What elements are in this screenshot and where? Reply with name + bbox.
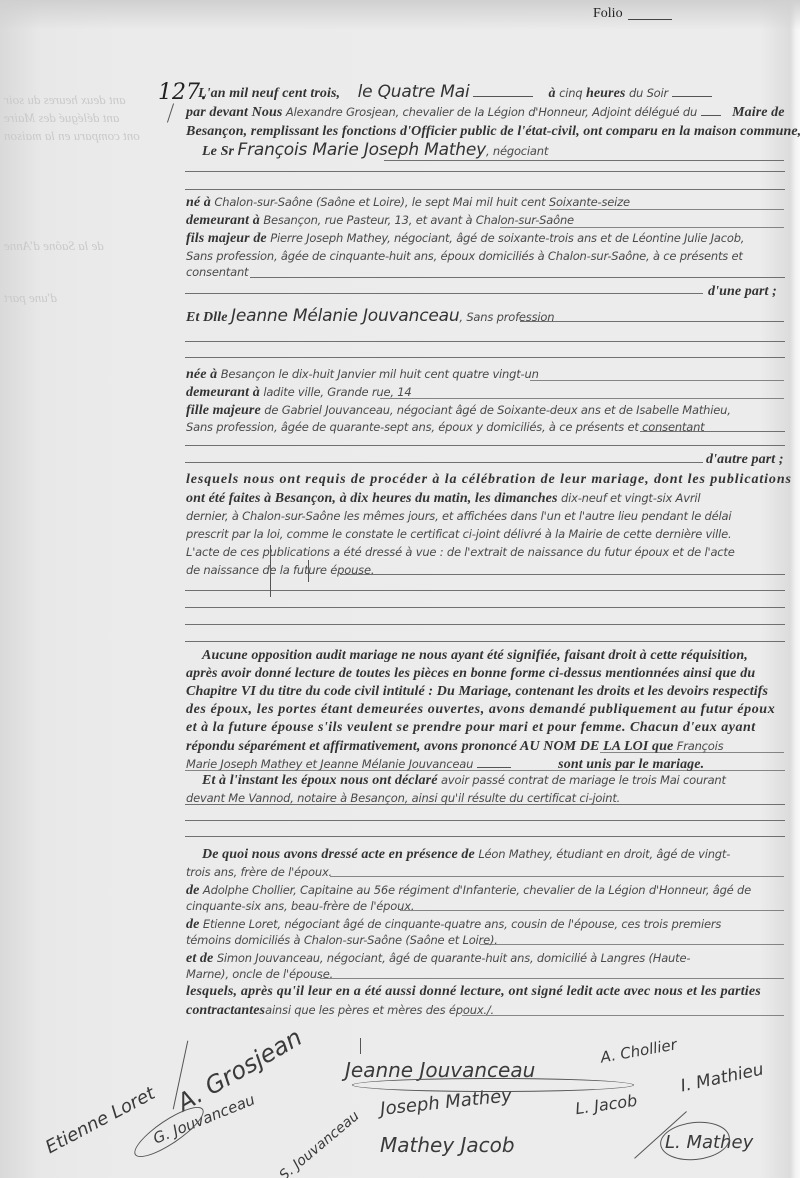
bleed-through-text: ont comparu en la maison xyxy=(4,128,140,144)
ruled-line xyxy=(530,380,784,381)
ruled-line xyxy=(520,321,784,322)
pen-stroke xyxy=(270,545,271,597)
pen-stroke xyxy=(360,1038,361,1054)
ceremony-line-1: Aucune opposition audit mariage ne nous … xyxy=(202,648,748,664)
bleed-through-text: de la Saône d'Anne xyxy=(4,238,104,254)
ruled-line xyxy=(320,978,784,979)
signature: Mathey Jacob xyxy=(380,1133,515,1157)
witness-3-line-2: témoins domiciliés à Chalon-sur-Saône (S… xyxy=(186,932,498,949)
witness-4-line-1: et de Simon Jouvanceau, négociant, âgé d… xyxy=(186,950,690,967)
witness-2-line-1: de Adolphe Chollier, Capitaine au 56e ré… xyxy=(186,882,751,899)
bleed-through-text: ant deux heures du soir xyxy=(4,92,126,108)
ceremony-line-3: Chapitre VI du titre du code civil intit… xyxy=(186,684,768,700)
witness-4-line-2: Marne), oncle de l'épouse. xyxy=(186,966,333,983)
ruled-line xyxy=(185,590,785,591)
ruled-line xyxy=(185,820,785,821)
bride-residence-line: demeurant à ladite ville, Grande rue, 14 xyxy=(186,384,412,401)
ruled-line xyxy=(600,752,784,753)
ruled-line xyxy=(185,462,703,463)
folio-label: Folio xyxy=(593,6,623,22)
signature: L. Jacob xyxy=(574,1091,638,1118)
ruled-line xyxy=(500,227,784,228)
groom-parents-line-2: Sans profession, âgée de cinquante-huit … xyxy=(186,248,743,265)
bleed-through-text: ant délégué des Maire xyxy=(4,110,119,126)
closing-line-1: lesquels, après qu'il leur en a été auss… xyxy=(186,984,761,1000)
ruled-line xyxy=(380,398,784,399)
ruled-line xyxy=(185,770,785,771)
witness-intro-line: De quoi nous avons dressé acte en présen… xyxy=(202,846,730,863)
signature: S. Jouvanceau xyxy=(276,1108,362,1178)
ceremony-line-4: des époux, les portes étant demeurées ou… xyxy=(186,702,775,718)
ruled-line xyxy=(185,341,785,342)
folio-blank xyxy=(628,19,672,20)
ceremony-line-8: Et à l'instant les époux nous ont déclar… xyxy=(202,772,726,789)
groom-part-label: d'une part ; xyxy=(708,284,777,300)
bleed-through-text: d'une part xyxy=(4,290,57,306)
publications-line-3: dernier, à Chalon-sur-Saône les mêmes jo… xyxy=(186,508,731,525)
publications-line-6: de naissance de la future épouse. xyxy=(186,562,374,579)
ruled-line xyxy=(340,574,785,575)
ruled-line xyxy=(185,804,785,805)
ruled-line xyxy=(640,431,785,432)
margin-stroke xyxy=(167,103,174,122)
witness-1-line-2: trois ans, frère de l'époux. xyxy=(186,864,332,881)
ruled-line xyxy=(384,160,784,161)
ruled-line xyxy=(185,624,785,625)
header-line-2: par devant Nous Alexandre Grosjean, chev… xyxy=(186,104,785,121)
bride-name-line: Et Dlle Jeanne Mélanie Jouvanceau, Sans … xyxy=(186,308,554,326)
ruled-line xyxy=(185,641,785,642)
header-line-1: L'an mil neuf cent trois, le Quatre Mai … xyxy=(198,84,712,102)
ruled-line xyxy=(185,293,703,294)
closing-line-2: contractantesainsi que les pères et mère… xyxy=(186,1002,494,1019)
bride-part-label: d'autre part ; xyxy=(706,452,784,468)
publications-line-5: L'acte de ces publications a été dressé … xyxy=(186,544,735,561)
ceremony-line-2: après avoir donné lecture de toutes les … xyxy=(186,666,755,682)
ruled-line xyxy=(185,357,785,358)
witness-2-line-2: cinquante-six ans, beau-frère de l'époux… xyxy=(186,898,414,915)
groom-parents-line-3: consentant xyxy=(186,264,248,281)
signature: A. Chollier xyxy=(599,1035,678,1066)
ruled-line xyxy=(250,277,785,278)
ruled-line xyxy=(185,607,785,608)
ruled-line xyxy=(185,836,785,837)
ruled-line xyxy=(480,944,784,945)
ruled-line xyxy=(550,209,784,210)
ruled-line xyxy=(330,876,784,877)
register-page: ant deux heures du soir ant délégué des … xyxy=(0,0,800,1178)
bride-birth-line: née à Besançon le dix-huit Janvier mil h… xyxy=(186,366,539,383)
groom-parents-line-1: fils majeur de Pierre Joseph Mathey, nég… xyxy=(186,230,744,247)
publications-line-2: ont été faites à Besançon, à dix heures … xyxy=(186,490,700,507)
signature-flourish xyxy=(352,1078,634,1092)
publications-line-1: lesquels nous ont requis de procéder à l… xyxy=(186,472,792,488)
bride-parents-line-1: fille majeure de Gabriel Jouvanceau, nég… xyxy=(186,402,731,419)
signature: I. Mathieu xyxy=(679,1059,766,1096)
ruled-line xyxy=(462,1015,784,1016)
pen-stroke xyxy=(308,560,309,582)
groom-name-line: Le Sr François Marie Joseph Mathey, négo… xyxy=(202,142,548,160)
header-line-3: Besançon, remplissant les fonctions d'Of… xyxy=(186,124,800,140)
witness-3-line-1: de Etienne Loret, négociant âgé de cinqu… xyxy=(186,916,721,933)
ruled-line xyxy=(185,171,785,172)
bride-parents-line-2: Sans profession, âgée de quarante-sept a… xyxy=(186,419,704,436)
scan-shadow xyxy=(0,0,800,30)
ruled-line xyxy=(400,910,784,911)
publications-line-4: prescrit par la loi, comme le constate l… xyxy=(186,526,731,543)
ruled-line xyxy=(185,445,785,446)
ceremony-line-5: et à la future épouse s'ils veulent se p… xyxy=(186,720,756,736)
ruled-line xyxy=(185,189,785,190)
